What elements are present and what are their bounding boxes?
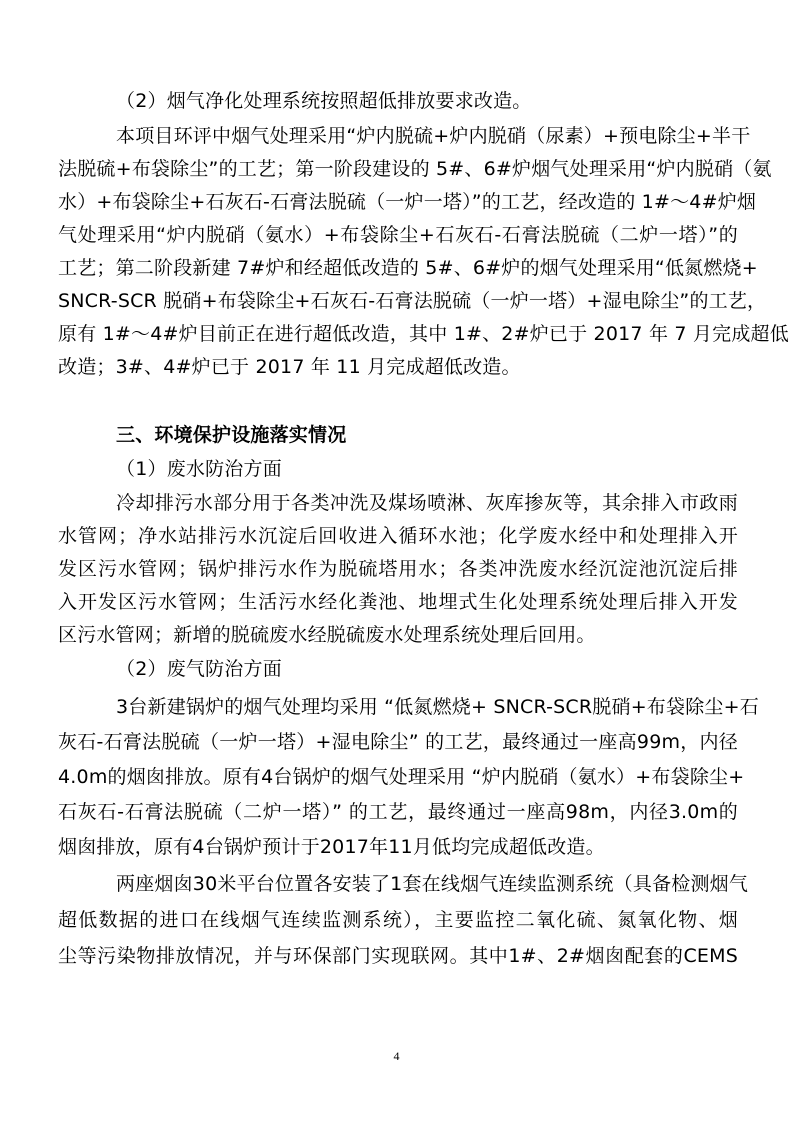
paragraph-line: 烟囱排放，原有4台锅炉预计于2017年11月低均完成超低改造。 [58, 836, 738, 858]
paragraph-line: 法脱硫+布袋除尘”的工艺；第一阶段建设的 5#、6#炉烟气处理采用“炉内脱硝（氨 [58, 158, 738, 180]
paragraph-line: 水管网；净水站排污水沉淀后回收进入循环水池；化学废水经中和处理排入开 [58, 525, 738, 547]
page-number: 4 [0, 1049, 793, 1064]
paragraph-line: 发区污水管网；锅炉排污水作为脱硫塔用水；各类冲洗废水经沉淀池沉淀后排 [58, 558, 738, 580]
paragraph-line: 两座烟囱30米平台位置各安装了1套在线烟气连续监测系统（具备检测烟气 [116, 873, 738, 895]
paragraph-line: 灰石-石膏法脱硫（一炉一塔）+湿电除尘” 的工艺，最终通过一座高99m，内径 [58, 731, 738, 753]
paragraph-line: 工艺；第二阶段新建 7#炉和经超低改造的 5#、6#炉的烟气处理采用“低氮燃烧+ [58, 257, 738, 279]
document-page: （2）烟气净化处理系统按照超低排放要求改造。 本项目环评中烟气处理采用“炉内脱硫… [0, 0, 793, 1122]
paragraph-line: 区污水管网；新增的脱硫废水经脱硫废水处理系统处理后回用。 [58, 624, 738, 646]
paragraph-line: 本项目环评中烟气处理采用“炉内脱硫+炉内脱硝（尿素）+预电除尘+半干 [116, 125, 738, 147]
subsection-heading-flue-gas: （2）烟气净化处理系统按照超低排放要求改造。 [116, 90, 738, 112]
paragraph-line: 尘等污染物排放情况，并与环保部门实现联网。其中1#、2#烟囱配套的CEMS [58, 945, 738, 967]
paragraph-line: SNCR-SCR 脱硝+布袋除尘+石灰石-石膏法脱硫（一炉一塔）+湿电除尘”的工… [58, 290, 738, 312]
section-heading: 三、环境保护设施落实情况 [116, 424, 793, 446]
paragraph-line: 4.0m的烟囱排放。原有4台锅炉的烟气处理采用 “炉内脱硝（氨水）+布袋除尘+ [58, 766, 738, 788]
paragraph-line: 水）+布袋除尘+石灰石-石膏法脱硫（一炉一塔）”的工艺，经改造的 1#～4#炉烟 [58, 191, 738, 213]
paragraph-line: 气处理采用“炉内脱硝（氨水）+布袋除尘+石灰石-石膏法脱硫（二炉一塔）”的 [58, 224, 738, 246]
paragraph-line: 3台新建锅炉的烟气处理均采用 “低氮燃烧+ SNCR-SCR脱硝+布袋除尘+石 [116, 696, 738, 718]
paragraph-line: 改造；3#、4#炉已于 2017 年 11 月完成超低改造。 [58, 356, 738, 378]
subsection-heading-wastewater: （1）废水防治方面 [116, 458, 738, 480]
paragraph-line: 冷却排污水部分用于各类冲洗及煤场喷淋、灰库掺灰等，其余排入市政雨 [116, 492, 738, 514]
paragraph-line: 石灰石-石膏法脱硫（二炉一塔）” 的工艺，最终通过一座高98m，内径3.0m的 [58, 801, 738, 823]
subsection-heading-exhaust: （2）废气防治方面 [116, 658, 738, 680]
paragraph-line: 超低数据的进口在线烟气连续监测系统），主要监控二氧化硫、氮氧化物、烟 [58, 909, 738, 931]
paragraph-line: 原有 1#～4#炉目前正在进行超低改造，其中 1#、2#炉已于 2017 年 7… [58, 323, 738, 345]
paragraph-line: 入开发区污水管网；生活污水经化粪池、地埋式生化处理系统处理后排入开发 [58, 591, 738, 613]
